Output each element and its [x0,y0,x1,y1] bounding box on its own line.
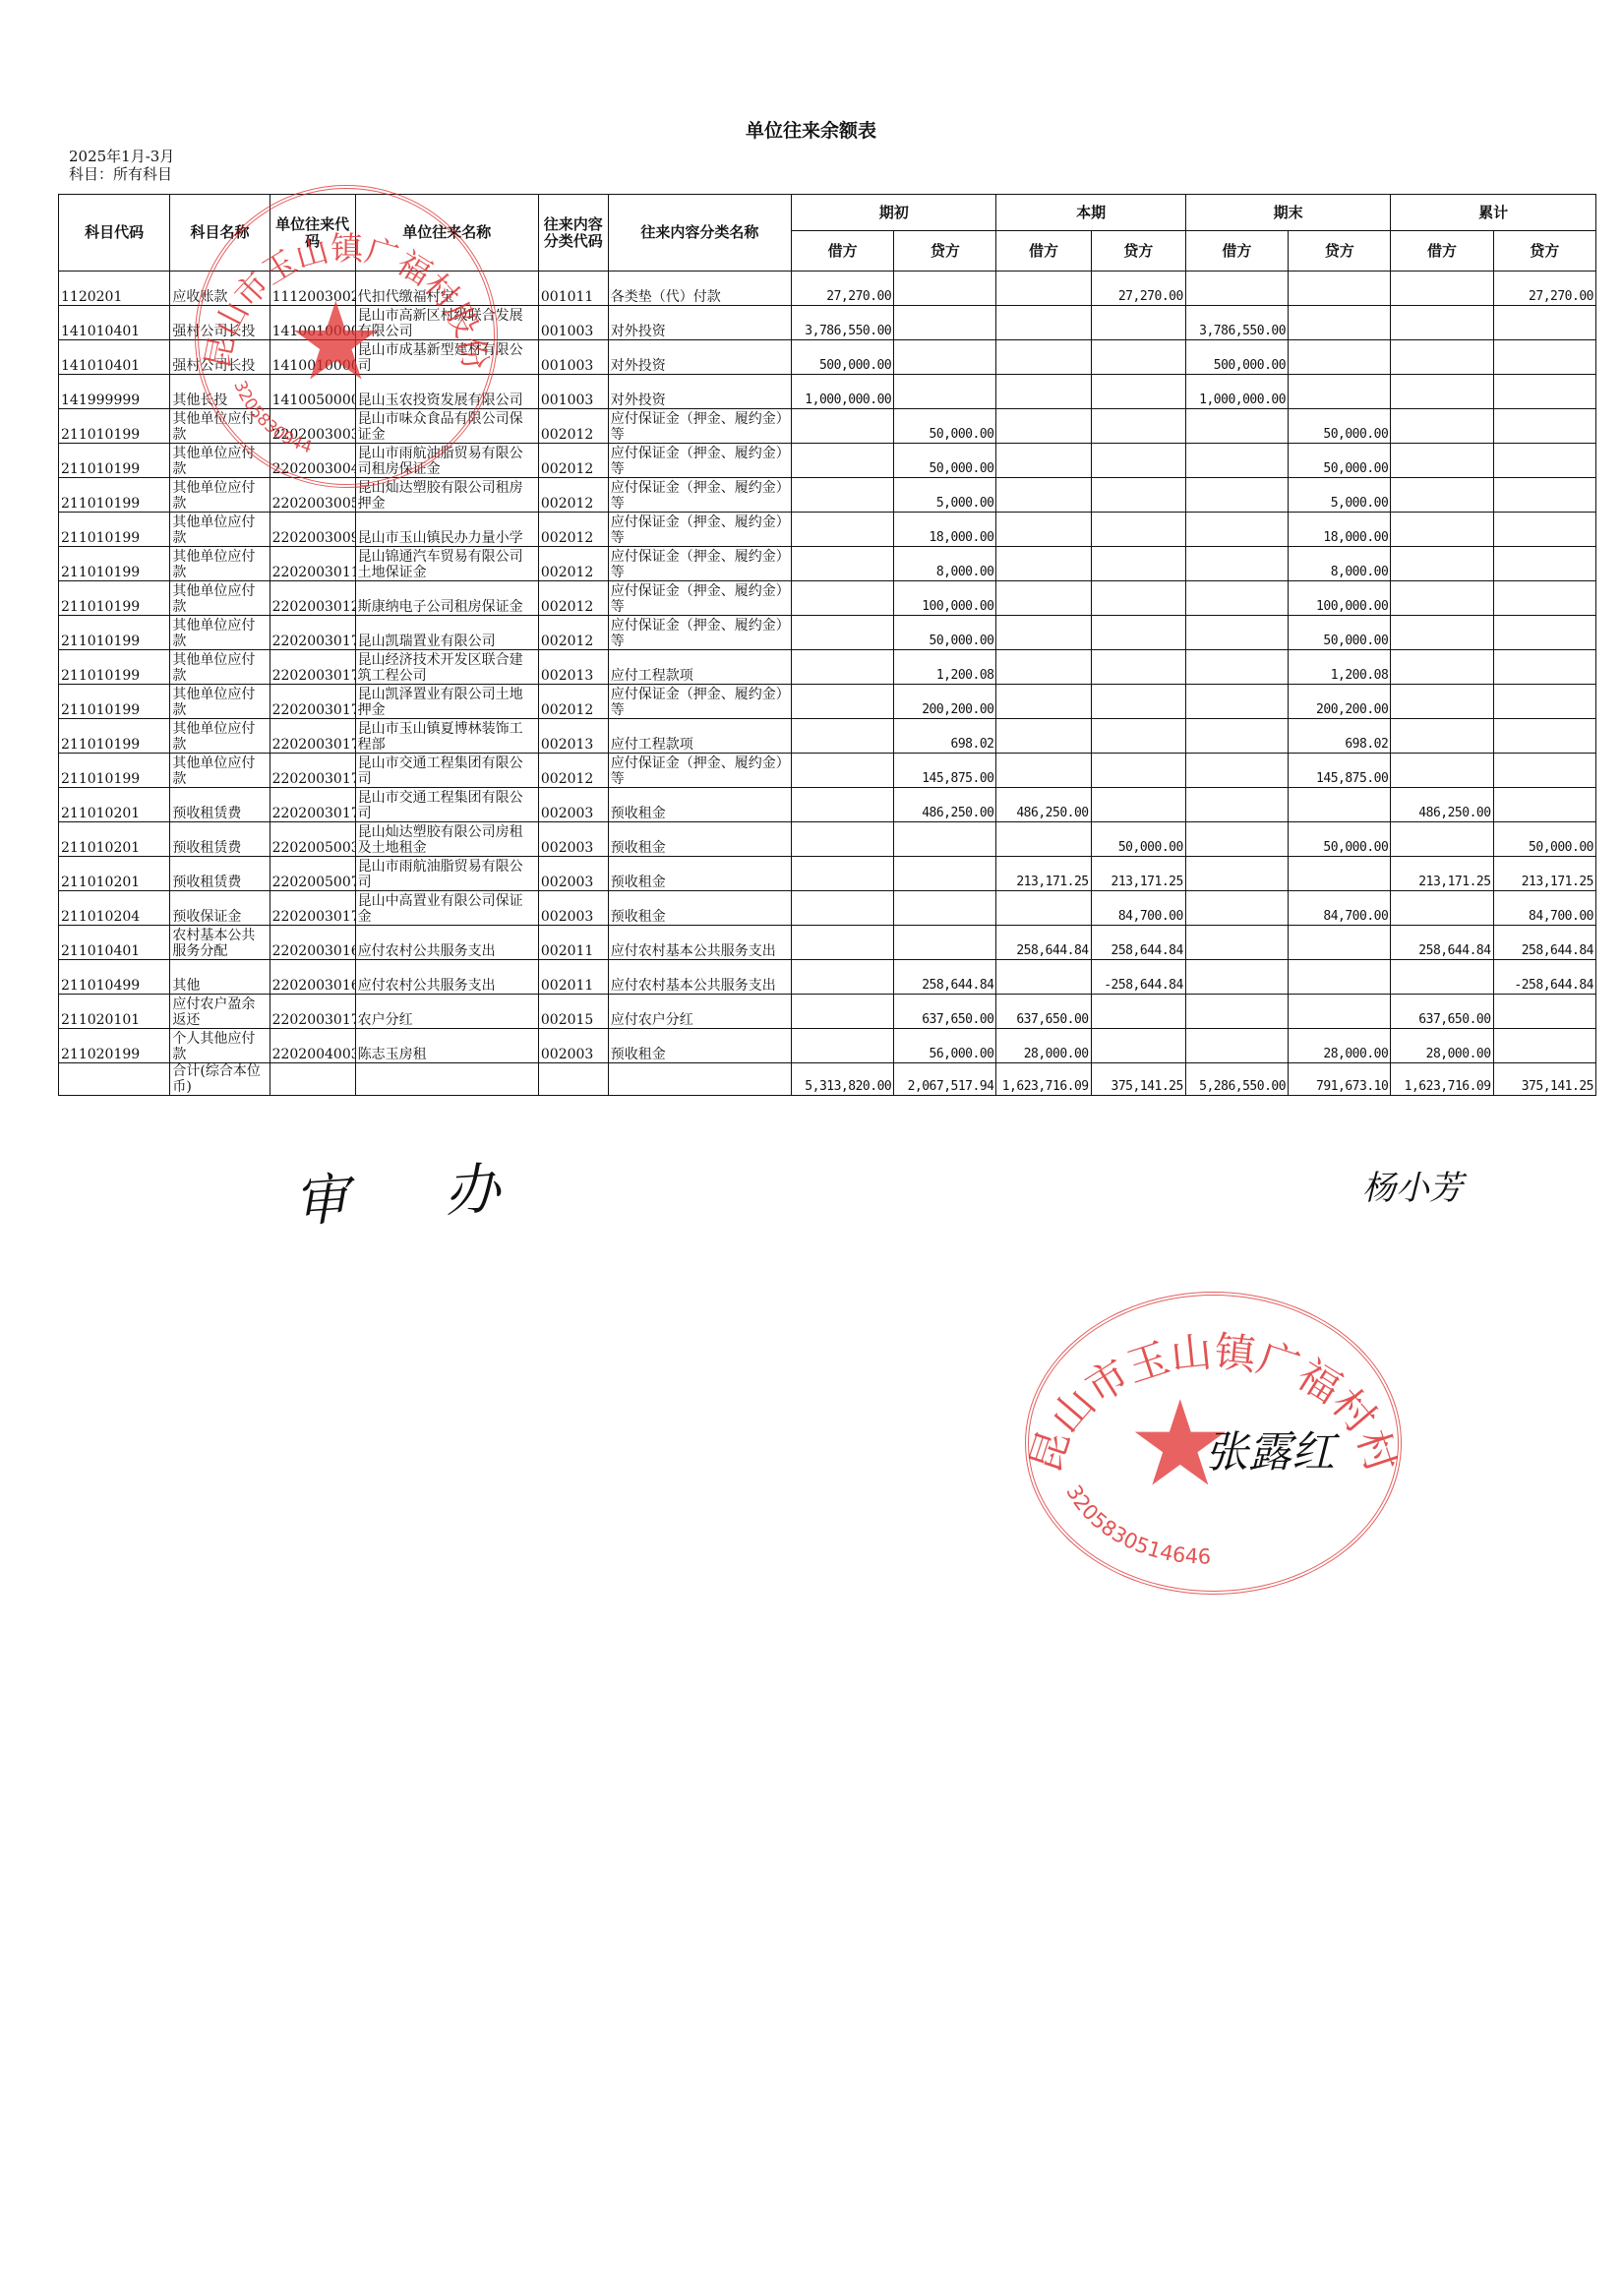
total-cur-dr: 1,623,716.09 [996,1063,1091,1096]
cell-cur-dr [996,891,1091,926]
signature-left: 审 办 [291,1142,542,1238]
cell-open-dr [791,581,893,616]
cell-category-name: 对外投资 [608,306,791,340]
cell-subject-name: 其他单位应付款 [170,616,270,650]
cell-end-dr: 500,000.00 [1185,340,1288,375]
cell-unit-name: 昆山灿达塑胶有限公司房租及土地租金 [355,822,538,857]
cell-cur-dr [996,616,1091,650]
header-debit: 借方 [1185,231,1288,272]
cell-cur-cr [1091,1029,1185,1063]
cell-cum-dr [1391,513,1493,547]
cell-open-dr [791,478,893,513]
cell-category-name: 应付保证金（押金、履约金）等 [608,513,791,547]
official-seal-bottom: ★ 昆山市玉山镇广福村村务监督委员会3205830514646 [1025,1292,1402,1595]
cell-category-code: 002003 [538,1029,608,1063]
cell-open-cr: 18,000.00 [894,513,996,547]
report-subject: 科目：所有科目 [69,165,172,183]
cell-cur-cr [1091,306,1185,340]
cell-unit-name: 昆山灿达塑胶有限公司租房押金 [355,478,538,513]
cell-subject-code: 211010199 [59,478,170,513]
cell-end-dr [1185,891,1288,926]
cell-open-cr: 50,000.00 [894,409,996,444]
total-cum-cr: 375,141.25 [1493,1063,1595,1096]
cell-category-name: 预收租金 [608,788,791,822]
cell-end-dr [1185,581,1288,616]
cell-cur-cr [1091,650,1185,685]
cell-open-dr [791,685,893,719]
cell-category-name: 应付保证金（押金、履约金）等 [608,685,791,719]
cell-subject-code: 211010199 [59,547,170,581]
header-group-current: 本期 [996,195,1185,231]
cell-cum-cr [1493,754,1595,788]
cell-category-code: 002015 [538,995,608,1029]
cell-open-cr [894,375,996,409]
cell-category-code: 001003 [538,375,608,409]
cell-category-name: 对外投资 [608,340,791,375]
cell-unit-code: 22020030176 [270,788,355,822]
cell-end-cr: 50,000.00 [1289,444,1391,478]
cell-end-cr: 200,200.00 [1289,685,1391,719]
cell-open-cr: 50,000.00 [894,444,996,478]
cell-subject-name: 预收租赁费 [170,857,270,891]
cell-category-code: 002013 [538,719,608,754]
document-title: 单位往来余额表 [0,116,1622,143]
cell-category-code: 002013 [538,650,608,685]
cell-open-dr [791,857,893,891]
cell-cur-dr: 486,250.00 [996,788,1091,822]
cell-open-dr [791,513,893,547]
cell-subject-name: 其他单位应付款 [170,409,270,444]
cell-subject-code: 211010499 [59,960,170,995]
cell-open-cr: 200,200.00 [894,685,996,719]
table-row: 1120201应收账款11120030021代扣代缴福村宝001011各类垫（代… [59,272,1596,306]
table-row: 211010199其他单位应付款22020030172昆山凯瑞置业有限公司002… [59,616,1596,650]
cell-subject-name: 其他单位应付款 [170,719,270,754]
cell-cum-dr [1391,960,1493,995]
cell-cur-cr: 258,644.84 [1091,926,1185,960]
cell-open-cr [894,891,996,926]
cell-open-dr [791,719,893,754]
cell-blank [608,1063,791,1096]
cell-category-name: 应付保证金（押金、履约金）等 [608,616,791,650]
cell-end-cr: 8,000.00 [1289,547,1391,581]
cell-open-cr: 145,875.00 [894,754,996,788]
cell-category-name: 预收租金 [608,822,791,857]
cell-blank [355,1063,538,1096]
cell-cur-dr [996,547,1091,581]
cell-cum-cr [1493,650,1595,685]
cell-open-dr [791,995,893,1029]
cell-subject-name: 预收租赁费 [170,788,270,822]
cell-subject-name: 强村公司长投 [170,306,270,340]
cell-end-dr [1185,1029,1288,1063]
table-row: 211020199个人其他应付款22020040030陈志玉房租002003预收… [59,1029,1596,1063]
header-unit-name: 单位往来名称 [355,195,538,272]
cell-unit-name: 昆山市高新区村级联合发展有限公司 [355,306,538,340]
cell-cum-dr [1391,891,1493,926]
cell-subject-code: 211010199 [59,719,170,754]
cell-cur-cr [1091,478,1185,513]
total-end-dr: 5,286,550.00 [1185,1063,1288,1096]
cell-cum-dr [1391,616,1493,650]
signature-over-seal: 张露红 [1205,1417,1335,1480]
cell-subject-name: 强村公司长投 [170,340,270,375]
cell-subject-name: 其他单位应付款 [170,513,270,547]
cell-cur-dr [996,375,1091,409]
cell-subject-code: 141010401 [59,340,170,375]
header-subject-name: 科目名称 [170,195,270,272]
cell-cum-cr [1493,788,1595,822]
cell-category-name: 应付保证金（押金、履约金）等 [608,581,791,616]
cell-cur-cr [1091,513,1185,547]
table-row: 211010201预收租赁费22020050030昆山灿达塑胶有限公司房租及土地… [59,822,1596,857]
total-label: 合计(综合本位币) [170,1063,270,1096]
cell-end-cr [1289,857,1391,891]
cell-cur-cr [1091,340,1185,375]
cell-end-dr [1185,513,1288,547]
header-group-ending: 期末 [1185,195,1391,231]
svg-text:昆山市玉山镇广福村村务监督委员会: 昆山市玉山镇广福村村务监督委员会 [1029,1296,1398,1479]
cell-unit-code: 22020030110 [270,547,355,581]
total-row: 合计(综合本位币)5,313,820.002,067,517.941,623,7… [59,1063,1596,1096]
cell-open-dr: 500,000.00 [791,340,893,375]
cell-cur-dr: 213,171.25 [996,857,1091,891]
cell-unit-name: 昆山凯泽置业有限公司土地押金 [355,685,538,719]
cell-category-code: 002012 [538,444,608,478]
cell-cum-dr [1391,272,1493,306]
cell-category-name: 应付保证金（押金、履约金）等 [608,409,791,444]
cell-cum-dr [1391,306,1493,340]
cell-unit-code: 22020030177 [270,891,355,926]
cell-cum-cr [1493,616,1595,650]
table-row: 211010201预收租赁费22020030176昆山市交通工程集团有限公司00… [59,788,1596,822]
cell-end-cr [1289,788,1391,822]
cell-subject-code: 211020199 [59,1029,170,1063]
cell-cum-cr: 50,000.00 [1493,822,1595,857]
cell-category-code: 002012 [538,754,608,788]
cell-category-name: 应付保证金（押金、履约金）等 [608,547,791,581]
signature-right: 杨小芳 [1362,1161,1463,1209]
cell-unit-name: 昆山市交通工程集团有限公司 [355,754,538,788]
cell-unit-name: 昆山市交通工程集团有限公司 [355,788,538,822]
cell-category-code: 001003 [538,340,608,375]
cell-cum-cr [1493,306,1595,340]
cell-cum-cr [1493,547,1595,581]
cell-cum-dr [1391,409,1493,444]
cell-open-cr [894,926,996,960]
cell-unit-name: 昆山市雨航油脂贸易有限公司租房保证金 [355,444,538,478]
cell-cum-cr: 27,270.00 [1493,272,1595,306]
cell-unit-code: 22020030050 [270,478,355,513]
cell-cur-dr: 258,644.84 [996,926,1091,960]
table-row: 211010199其他单位应付款22020030120斯康纳电子公司租房保证金0… [59,581,1596,616]
cell-subject-name: 预收租赁费 [170,822,270,857]
cell-open-cr: 5,000.00 [894,478,996,513]
cell-category-name: 应付农村基本公共服务支出 [608,960,791,995]
cell-open-dr [791,891,893,926]
cell-open-cr: 258,644.84 [894,960,996,995]
cell-end-cr: 50,000.00 [1289,409,1391,444]
cell-cum-dr: 28,000.00 [1391,1029,1493,1063]
cell-cur-cr [1091,719,1185,754]
cell-subject-code: 211010199 [59,581,170,616]
cell-category-code: 002003 [538,891,608,926]
cell-subject-name: 其他单位应付款 [170,685,270,719]
header-category-name: 往来内容分类名称 [608,195,791,272]
cell-end-dr [1185,926,1288,960]
cell-unit-name: 昆山中高置业有限公司保证金 [355,891,538,926]
total-open-cr: 2,067,517.94 [894,1063,996,1096]
cell-category-code: 002012 [538,513,608,547]
cell-cur-dr: 28,000.00 [996,1029,1091,1063]
cell-category-name: 应付农村基本公共服务支出 [608,926,791,960]
cell-end-cr [1289,995,1391,1029]
cell-end-dr [1185,685,1288,719]
cell-end-dr [1185,272,1288,306]
cell-subject-name: 其他单位应付款 [170,650,270,685]
cell-open-dr [791,926,893,960]
cell-cur-dr [996,754,1091,788]
cell-end-cr: 5,000.00 [1289,478,1391,513]
cell-subject-code: 141999999 [59,375,170,409]
cell-blank [270,1063,355,1096]
cell-unit-name: 昆山凯瑞置业有限公司 [355,616,538,650]
cell-blank [59,1063,170,1096]
cell-unit-code: 22020050030 [270,822,355,857]
table-row: 211020101应付农户盈余返还22020030170农户分红002015应付… [59,995,1596,1029]
total-open-dr: 5,313,820.00 [791,1063,893,1096]
cell-unit-code: 22020030120 [270,581,355,616]
cell-category-code: 002012 [538,547,608,581]
cell-open-dr [791,1029,893,1063]
cell-cur-dr [996,650,1091,685]
cell-unit-name: 陈志玉房租 [355,1029,538,1063]
cell-end-cr [1289,272,1391,306]
cell-unit-code: 22020030160 [270,960,355,995]
cell-end-dr [1185,822,1288,857]
cell-end-cr: 18,000.00 [1289,513,1391,547]
cell-end-cr: 84,700.00 [1289,891,1391,926]
cell-open-cr: 637,650.00 [894,995,996,1029]
cell-open-dr: 1,000,000.00 [791,375,893,409]
table-row: 141999999其他长投14100500001昆山玉农投资发展有限公司0010… [59,375,1596,409]
cell-end-cr [1289,340,1391,375]
report-period: 2025年1月-3月 [69,148,174,165]
cell-open-cr [894,857,996,891]
cell-open-cr: 698.02 [894,719,996,754]
header-debit: 借方 [996,231,1091,272]
table-row: 211010199其他单位应付款22020030176昆山市交通工程集团有限公司… [59,754,1596,788]
cell-cum-cr: 213,171.25 [1493,857,1595,891]
cell-unit-code: 22020030174 [270,685,355,719]
cell-subject-name: 农村基本公共服务分配 [170,926,270,960]
cell-cur-cr: 27,270.00 [1091,272,1185,306]
cell-open-cr [894,822,996,857]
cell-unit-code: 22020030040 [270,444,355,478]
cell-end-dr [1185,547,1288,581]
cell-unit-code: 22020050070 [270,857,355,891]
table-row: 211010401农村基本公共服务分配22020030160应付农村公共服务支出… [59,926,1596,960]
cell-subject-name: 个人其他应付款 [170,1029,270,1063]
cell-open-dr [791,444,893,478]
cell-cum-cr [1493,478,1595,513]
cell-unit-name: 昆山锦通汽车贸易有限公司土地保证金 [355,547,538,581]
cell-category-name: 各类垫（代）付款 [608,272,791,306]
cell-unit-name: 昆山玉农投资发展有限公司 [355,375,538,409]
cell-unit-code: 22020030173 [270,650,355,685]
cell-cum-cr: 84,700.00 [1493,891,1595,926]
cell-subject-code: 211010204 [59,891,170,926]
cell-open-dr [791,960,893,995]
cell-cur-cr [1091,788,1185,822]
cell-end-cr: 50,000.00 [1289,822,1391,857]
cell-category-code: 001011 [538,272,608,306]
cell-open-cr [894,340,996,375]
cell-unit-code: 22020030176 [270,754,355,788]
cell-end-dr [1185,754,1288,788]
cell-unit-code: 14100100001 [270,306,355,340]
cell-subject-code: 211010401 [59,926,170,960]
cell-unit-code: 11120030021 [270,272,355,306]
balance-table: 科目代码 科目名称 单位往来代码 单位往来名称 往来内容分类代码 往来内容分类名… [58,194,1596,1096]
cell-cur-cr [1091,375,1185,409]
total-cum-dr: 1,623,716.09 [1391,1063,1493,1096]
cell-cum-dr: 213,171.25 [1391,857,1493,891]
cell-open-cr: 486,250.00 [894,788,996,822]
cell-end-dr [1185,409,1288,444]
cell-cum-cr [1493,685,1595,719]
cell-subject-name: 应付农户盈余返还 [170,995,270,1029]
cell-cur-cr [1091,581,1185,616]
cell-cur-cr [1091,409,1185,444]
cell-cur-dr [996,478,1091,513]
cell-cum-dr: 258,644.84 [1391,926,1493,960]
cell-unit-code: 14100100002 [270,340,355,375]
cell-cum-dr [1391,340,1493,375]
table-row: 211010204预收保证金22020030177昆山中高置业有限公司保证金00… [59,891,1596,926]
cell-cum-cr: 258,644.84 [1493,926,1595,960]
header-debit: 借方 [791,231,893,272]
table-row: 211010201预收租赁费22020050070昆山市雨航油脂贸易有限公司00… [59,857,1596,891]
cell-cum-cr [1493,409,1595,444]
cell-subject-code: 211010199 [59,616,170,650]
cell-end-dr [1185,719,1288,754]
table-row: 211010199其他单位应付款22020030175昆山市玉山镇夏博林装饰工程… [59,719,1596,754]
cell-category-code: 002012 [538,478,608,513]
cell-unit-code: 22020030175 [270,719,355,754]
cell-subject-name: 其他单位应付款 [170,444,270,478]
cell-end-cr [1289,306,1391,340]
cell-end-dr: 1,000,000.00 [1185,375,1288,409]
cell-subject-code: 1120201 [59,272,170,306]
cell-category-code: 001003 [538,306,608,340]
cell-cum-cr: -258,644.84 [1493,960,1595,995]
total-end-cr: 791,673.10 [1289,1063,1391,1096]
cell-end-cr: 100,000.00 [1289,581,1391,616]
cell-category-code: 002012 [538,685,608,719]
table-row: 211010199其他单位应付款22020030110昆山锦通汽车贸易有限公司土… [59,547,1596,581]
cell-subject-name: 其他单位应付款 [170,581,270,616]
header-credit: 贷方 [1091,231,1185,272]
cell-end-dr [1185,960,1288,995]
header-credit: 贷方 [1289,231,1391,272]
cell-cur-dr [996,272,1091,306]
cell-open-cr [894,272,996,306]
cell-end-dr [1185,616,1288,650]
table-row: 211010199其他单位应付款22020030030昆山市味众食品有限公司保证… [59,409,1596,444]
cell-open-cr: 56,000.00 [894,1029,996,1063]
cell-category-code: 002011 [538,926,608,960]
cell-unit-code: 22020030172 [270,616,355,650]
cell-blank [538,1063,608,1096]
cell-cum-dr [1391,375,1493,409]
cell-cum-dr: 486,250.00 [1391,788,1493,822]
header-debit: 借方 [1391,231,1493,272]
cell-unit-name: 昆山市玉山镇民办力量小学 [355,513,538,547]
cell-cum-dr [1391,685,1493,719]
cell-unit-name: 农户分红 [355,995,538,1029]
header-subject-code: 科目代码 [59,195,170,272]
cell-cum-dr [1391,444,1493,478]
cell-category-code: 002003 [538,857,608,891]
table-row: 141010401强村公司长投14100100001昆山市高新区村级联合发展有限… [59,306,1596,340]
cell-category-code: 002003 [538,822,608,857]
cell-end-dr [1185,788,1288,822]
cell-cur-cr [1091,444,1185,478]
cell-end-cr [1289,960,1391,995]
table-row: 211010199其他单位应付款22020030090昆山市玉山镇民办力量小学0… [59,513,1596,547]
cell-category-name: 预收租金 [608,891,791,926]
cell-end-dr: 3,786,550.00 [1185,306,1288,340]
cell-subject-code: 141010401 [59,306,170,340]
cell-open-dr [791,788,893,822]
cell-subject-code: 211010201 [59,788,170,822]
seal-star-icon: ★ [1127,1386,1233,1504]
cell-unit-name: 昆山市玉山镇夏博林装饰工程部 [355,719,538,754]
cell-subject-code: 211010201 [59,822,170,857]
header-credit: 贷方 [1493,231,1595,272]
cell-category-name: 预收租金 [608,1029,791,1063]
cell-end-dr [1185,857,1288,891]
cell-open-dr: 27,270.00 [791,272,893,306]
cell-subject-name: 其他单位应付款 [170,478,270,513]
cell-open-dr [791,650,893,685]
cell-cum-dr [1391,478,1493,513]
cell-category-name: 应付工程款项 [608,719,791,754]
cell-cur-dr [996,822,1091,857]
cell-cum-dr [1391,650,1493,685]
cell-subject-code: 211010199 [59,513,170,547]
cell-subject-name: 其他单位应付款 [170,754,270,788]
cell-cur-cr: 213,171.25 [1091,857,1185,891]
cell-unit-name: 昆山经济技术开发区联合建筑工程公司 [355,650,538,685]
cell-cum-dr [1391,822,1493,857]
cell-unit-name: 斯康纳电子公司租房保证金 [355,581,538,616]
cell-unit-name: 昆山市味众食品有限公司保证金 [355,409,538,444]
header-group-opening: 期初 [791,195,996,231]
cell-cur-cr [1091,995,1185,1029]
cell-cur-cr: 84,700.00 [1091,891,1185,926]
cell-cur-dr [996,513,1091,547]
cell-end-cr: 145,875.00 [1289,754,1391,788]
cell-cum-dr [1391,754,1493,788]
cell-end-cr: 28,000.00 [1289,1029,1391,1063]
svg-text:3205830514646: 3205830514646 [1061,1481,1211,1569]
cell-unit-code: 14100500001 [270,375,355,409]
cell-cur-dr [996,960,1091,995]
cell-category-name: 应付工程款项 [608,650,791,685]
header-group-cumulative: 累计 [1391,195,1596,231]
